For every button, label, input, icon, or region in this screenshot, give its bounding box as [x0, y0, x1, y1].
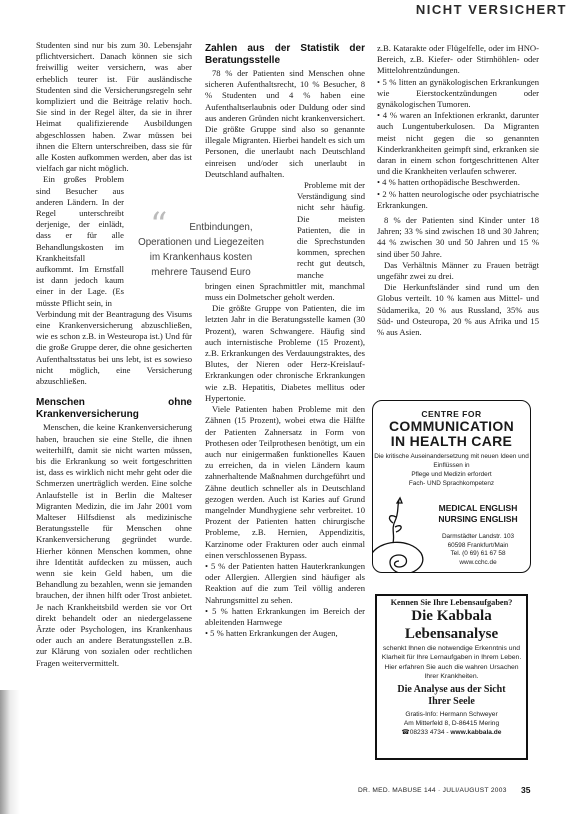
ad-website: www.kabbala.de: [450, 729, 501, 736]
paragraph: Menschen, die keine Krankenversicherung …: [36, 422, 192, 668]
paragraph: Verbindung mit der Beantragung des Visum…: [36, 309, 192, 387]
paragraph: Die größte Gruppe von Patienten, die im …: [205, 303, 365, 404]
paragraph: bringen einen Sprachmittler mit, manchma…: [205, 281, 365, 303]
quote-marks-icon: “: [150, 210, 167, 240]
ad-subtitle: Die Analyse aus der Sicht Ihrer Seele: [377, 684, 526, 708]
phone-icon-text: ☎08233 4734 -: [402, 729, 451, 736]
ad-website: www.cchc.de: [428, 559, 528, 568]
ad-title: Lebensanalyse: [377, 625, 526, 643]
ad-subtitle-line: Ihrer Seele: [377, 696, 526, 708]
bullet-item: • 4 % waren an Infektionen erkrankt, dar…: [377, 110, 539, 177]
ad-title: COMMUNICATION: [373, 419, 530, 434]
ad-description: Die kritische Auseinandersetzung mit neu…: [373, 452, 530, 488]
paragraph: 8 % der Patienten sind Kinder unter 18 J…: [377, 215, 539, 260]
bullet-item: • 5 % hatten Erkrankungen im Bereich der…: [205, 606, 365, 628]
ad-text: Pflege und Medizin erfordert: [373, 470, 530, 479]
bullet-item: • 5 % der Patienten hatten Hauterkrankun…: [205, 561, 365, 606]
paragraph: z.B. Katarakte oder Flügelfelle, oder im…: [377, 43, 539, 77]
bullet-item: • 4 % hatten orthopädische Beschwerden.: [377, 177, 539, 188]
ad-text: Fach- UND Sprachkompetenz: [373, 479, 530, 488]
section-heading: Menschen ohne Krankenversicherung: [36, 397, 192, 420]
ad-course: MEDICAL ENGLISH: [428, 503, 528, 514]
advertisement-kabbala: Kennen Sie Ihre Lebensaufgaben? Die Kabb…: [375, 594, 528, 760]
ad-subtitle-line: Die Analyse aus der Sicht: [377, 684, 526, 696]
ad-address: Darmstädter Landstr. 103 60598 Frankfurt…: [428, 533, 528, 567]
section-heading: Zahlen aus der Statistik der Beratungsst…: [205, 43, 365, 66]
ad-course: NURSING ENGLISH: [428, 514, 528, 525]
ad-title: IN HEALTH CARE: [373, 434, 530, 449]
section-title: NICHT VERSICHERT: [416, 2, 567, 17]
paragraph: Die Herkunftsländer sind rund um den Glo…: [377, 282, 539, 338]
paragraph: Probleme mit der Verständigung sind nich…: [297, 180, 365, 281]
paragraph: Viele Patienten haben Probleme mit den Z…: [205, 404, 365, 561]
ad-body: schenkt Ihnen die notwendige Erkenntnis …: [377, 645, 526, 662]
ad-course-list: MEDICAL ENGLISH NURSING ENGLISH: [428, 503, 528, 525]
advertisement-cchc: CENTRE FOR COMMUNICATION IN HEALTH CARE …: [372, 400, 531, 573]
ad-contact-phone-web: ☎08233 4734 - www.kabbala.de: [377, 729, 526, 738]
ad-phone: Tel. (0 69) 61 67 58: [428, 550, 528, 559]
bullet-item: • 5 % hatten Erkrankungen der Augen,: [205, 628, 365, 639]
ad-city: 60598 Frankfurt/Main: [428, 542, 528, 551]
column-3: z.B. Katarakte oder Flügelfelle, oder im…: [377, 43, 539, 338]
ad-contact-name: Gratis-Info: Hermann Schweyer: [377, 711, 526, 720]
page-edge-shadow: [0, 690, 22, 814]
paragraph: Das Verhältnis Männer zu Frauen beträgt …: [377, 260, 539, 282]
spiral-plant-icon: [372, 495, 429, 573]
ad-title: Die Kabbala: [377, 607, 526, 625]
bullet-item: • 2 % hatten neurologische oder psychiat…: [377, 189, 539, 211]
ad-body: Hier erfahren Sie auch die wahren Ursach…: [377, 664, 526, 681]
column-2: Zahlen aus der Statistik der Beratungsst…: [205, 43, 365, 639]
ad-contact-address: Am Mitterfeld 8, D-86415 Mering: [377, 720, 526, 729]
ad-contact: Gratis-Info: Hermann Schweyer Am Mitterf…: [377, 711, 526, 737]
paragraph: Ein großes Problem sind Besucher aus and…: [36, 174, 124, 308]
ad-street: Darmstädter Landstr. 103: [428, 533, 528, 542]
paragraph: Studenten sind nur bis zum 30. Lebensjah…: [36, 40, 192, 174]
page-number: 35: [521, 785, 530, 795]
paragraph: 78 % der Patienten sind Menschen ohne si…: [205, 68, 365, 180]
bullet-item: • 5 % litten an gynäkologischen Erkranku…: [377, 77, 539, 111]
column-1: Studenten sind nur bis zum 30. Lebensjah…: [36, 40, 192, 669]
ad-text: Die kritische Auseinandersetzung mit neu…: [373, 452, 530, 470]
footer-publication: DR. MED. MABUSE 144 · JULI/AUGUST 2003: [358, 787, 507, 794]
ad-question: Kennen Sie Ihre Lebensaufgaben?: [377, 598, 526, 607]
